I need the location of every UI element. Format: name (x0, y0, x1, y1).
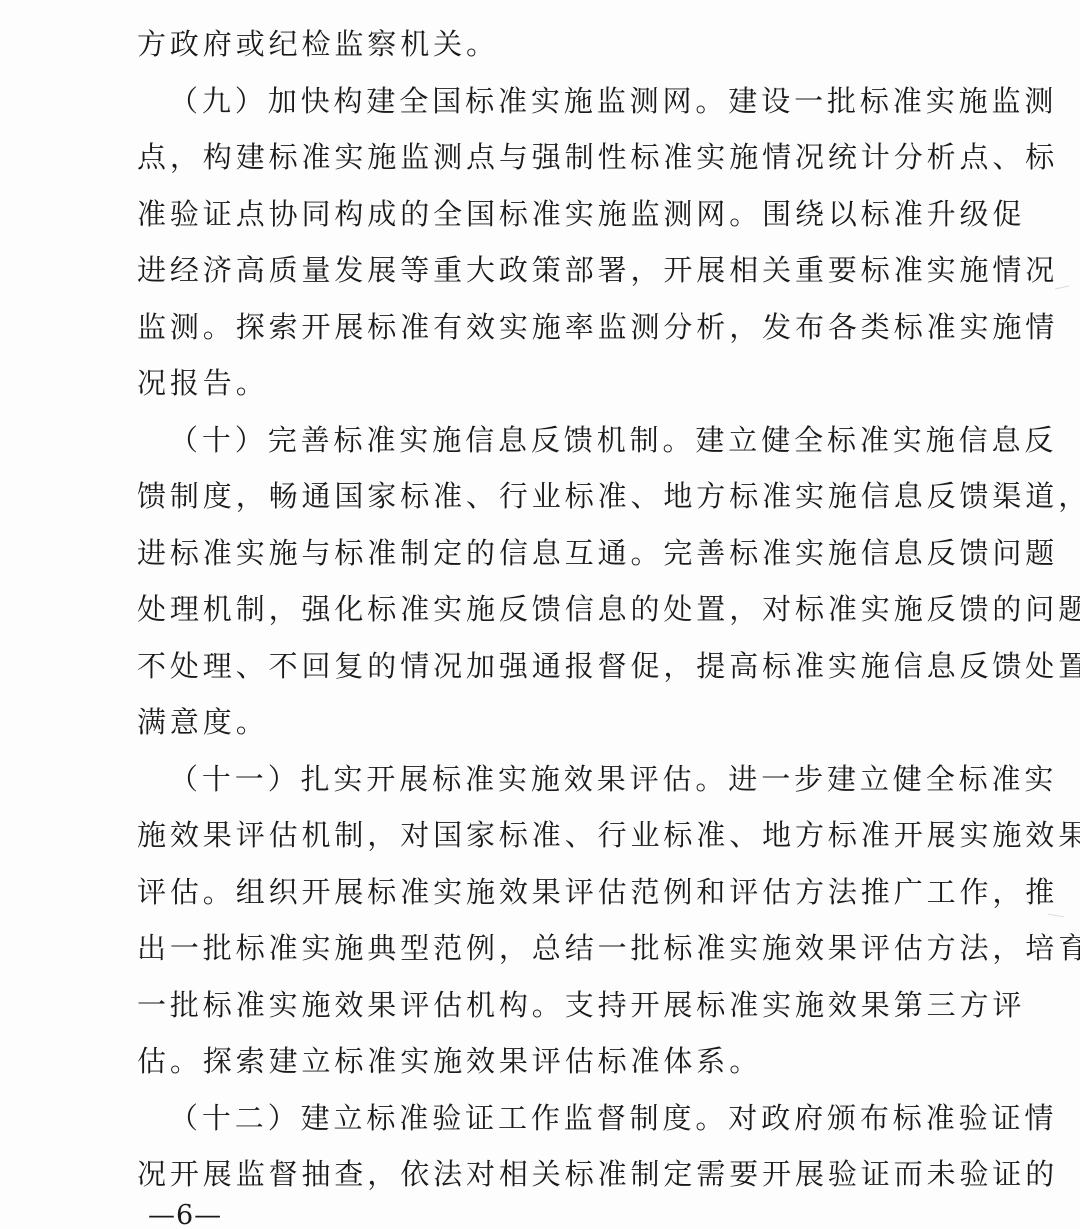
text-line: （十一）扎实开展标准实施效果评估。进一步建立健全标准实 (169, 751, 943, 808)
text-line: （九）加快构建全国标准实施监测网。建设一批标准实施监测 (169, 73, 943, 130)
text-line: 处理机制，强化标准实施反馈信息的处置，对标准实施反馈的问题 (137, 581, 943, 638)
text-line: 评估。组织开展标准实施效果评估范例和评估方法推广工作，推 (137, 864, 943, 921)
text-line: 况报告。 (137, 355, 943, 412)
text-line: 进标准实施与标准制定的信息互通。完善标准实施信息反馈问题 (137, 525, 943, 582)
paragraph-section-12: （十二）建立标准验证工作监督制度。对政府颁布标准验证情 (137, 1090, 943, 1147)
text-line: 馈制度，畅通国家标准、行业标准、地方标准实施信息反馈渠道，促 (137, 468, 943, 525)
text-line: 不处理、不回复的情况加强通报督促，提高标准实施信息反馈处置 (137, 638, 943, 695)
text-line: 进经济高质量发展等重大政策部署，开展相关重要标准实施情况 (137, 242, 943, 299)
document-page: 方政府或纪检监察机关。 （九）加快构建全国标准实施监测网。建设一批标准实施监测 … (0, 0, 1080, 1229)
text-line: （十）完善标准实施信息反馈机制。建立健全标准实施信息反 (169, 412, 943, 469)
paragraph-section-12-body: 况开展监督抽查，依法对相关标准制定需要开展验证而未验证的 (137, 1146, 943, 1203)
paragraph-section-9-body: 点，构建标准实施监测点与强制性标准实施情况统计分析点、标 准验证点协同构成的全国… (137, 129, 943, 412)
paragraph-section-9: （九）加快构建全国标准实施监测网。建设一批标准实施监测 (137, 73, 943, 130)
text-line: 监测。探索开展标准有效实施率监测分析，发布各类标准实施情 (137, 299, 943, 356)
text-line: 一批标准实施效果评估机构。支持开展标准实施效果第三方评 (137, 977, 943, 1034)
text-line: 况开展监督抽查，依法对相关标准制定需要开展验证而未验证的 (137, 1146, 943, 1203)
text-line: 出一批标准实施典型范例，总结一批标准实施效果评估方法，培育 (137, 920, 943, 977)
document-body: 方政府或纪检监察机关。 （九）加快构建全国标准实施监测网。建设一批标准实施监测 … (137, 16, 943, 1203)
page-number: —6— (148, 1200, 222, 1229)
paragraph-section-10-body: 馈制度，畅通国家标准、行业标准、地方标准实施信息反馈渠道，促 进标准实施与标准制… (137, 468, 943, 751)
paragraph-continuation: 方政府或纪检监察机关。 (137, 16, 943, 73)
text-line: 施效果评估机制，对国家标准、行业标准、地方标准开展实施效果 (137, 807, 943, 864)
text-line: 准验证点协同构成的全国标准实施监测网。围绕以标准升级促 (137, 186, 943, 243)
text-line: 方政府或纪检监察机关。 (137, 16, 943, 73)
text-line: （十二）建立标准验证工作监督制度。对政府颁布标准验证情 (169, 1090, 943, 1147)
paragraph-section-11: （十一）扎实开展标准实施效果评估。进一步建立健全标准实 (137, 751, 943, 808)
text-line: 满意度。 (137, 694, 943, 751)
paragraph-section-11-body: 施效果评估机制，对国家标准、行业标准、地方标准开展实施效果 评估。组织开展标准实… (137, 807, 943, 1090)
scan-speck (1048, 914, 1064, 918)
text-line: 点，构建标准实施监测点与强制性标准实施情况统计分析点、标 (137, 129, 943, 186)
paragraph-section-10: （十）完善标准实施信息反馈机制。建立健全标准实施信息反 (137, 412, 943, 469)
text-line: 估。探索建立标准实施效果评估标准体系。 (137, 1033, 943, 1090)
